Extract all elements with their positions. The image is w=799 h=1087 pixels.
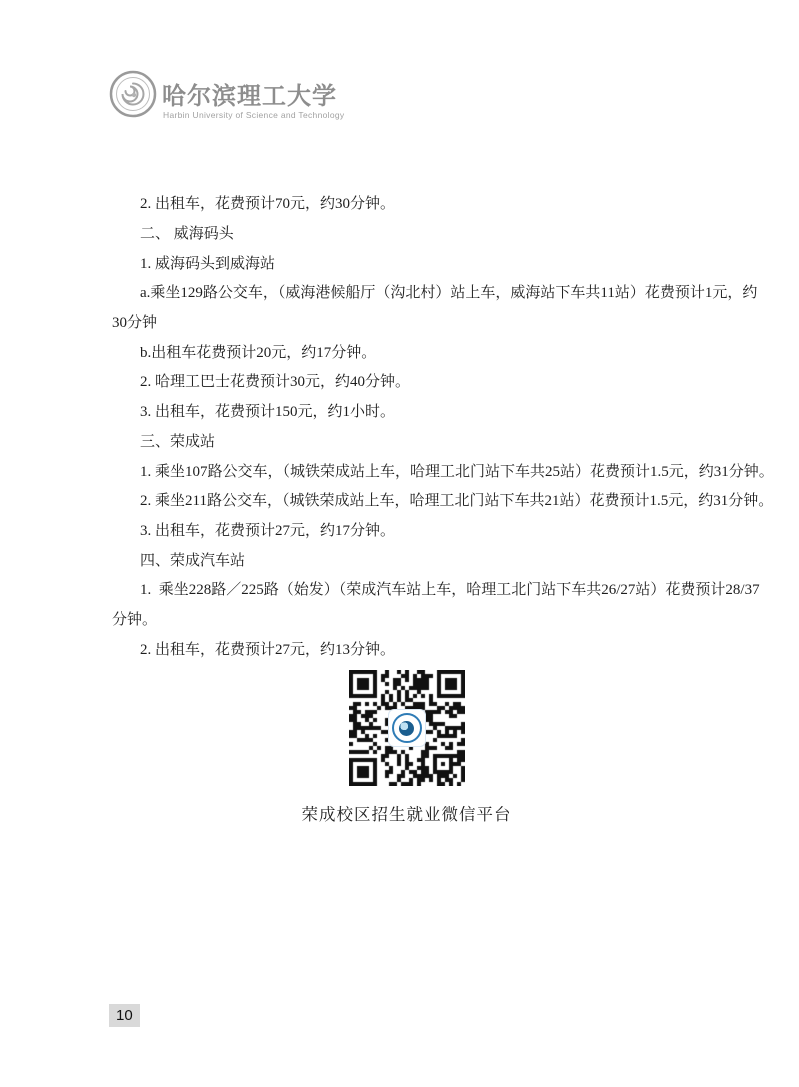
text-line: 30分钟 <box>112 307 732 337</box>
university-title-cn: 哈尔滨理工大学 <box>162 76 337 111</box>
text-line: 2. 出租车，花费预计70元，约30分钟。 <box>112 188 732 218</box>
text-line: 分钟。 <box>112 604 732 634</box>
qr-caption: 荣成校区招生就业微信平台 <box>0 801 799 825</box>
text-line: 3. 出租车，花费预计150元，约1小时。 <box>112 396 732 426</box>
text-line: a.乘坐129路公交车，（威海港候船厅（沟北村）站上车，威海站下车共11站）花费… <box>112 277 732 307</box>
university-seal-logo <box>109 70 157 118</box>
text-line: 2. 出租车，花费预计27元，约13分钟。 <box>112 633 732 663</box>
university-seal-icon <box>109 70 157 118</box>
text-line: 3. 出租车，花费预计27元，约17分钟。 <box>112 515 732 545</box>
section-heading: 二、 威海码头 <box>112 218 732 248</box>
qr-section: 荣成校区招生就业微信平台 <box>0 670 799 825</box>
section-heading: 四、荣成汽车站 <box>112 544 732 574</box>
text-line: 1. 乘坐107路公交车，（城铁荣成站上车，哈理工北门站下车共25站）花费预计1… <box>112 455 732 485</box>
university-title-en: Harbin University of Science and Technol… <box>163 110 344 120</box>
text-line: 2. 乘坐211路公交车，（城铁荣成站上车，哈理工北门站下车共21站）花费预计1… <box>112 485 732 515</box>
qr-code <box>349 670 465 786</box>
document-page: 哈尔滨理工大学 Harbin University of Science and… <box>0 0 799 1087</box>
document-body: 2. 出租车，花费预计70元，约30分钟。 二、 威海码头 1. 威海码头到威海… <box>112 188 732 663</box>
text-line: 1. 乘坐228路／225路（始发）（荣成汽车站上车，哈理工北门站下车共26/2… <box>112 574 732 604</box>
qr-center-emblem <box>388 709 426 747</box>
section-heading: 三、荣成站 <box>112 426 732 456</box>
text-line: 2. 哈理工巴士花费预计30元，约40分钟。 <box>112 366 732 396</box>
text-line: b.出租车花费预计20元，约17分钟。 <box>112 336 732 366</box>
text-line: 1. 威海码头到威海站 <box>112 247 732 277</box>
hust-emblem-icon <box>392 713 422 743</box>
page-number: 10 <box>109 1004 140 1027</box>
